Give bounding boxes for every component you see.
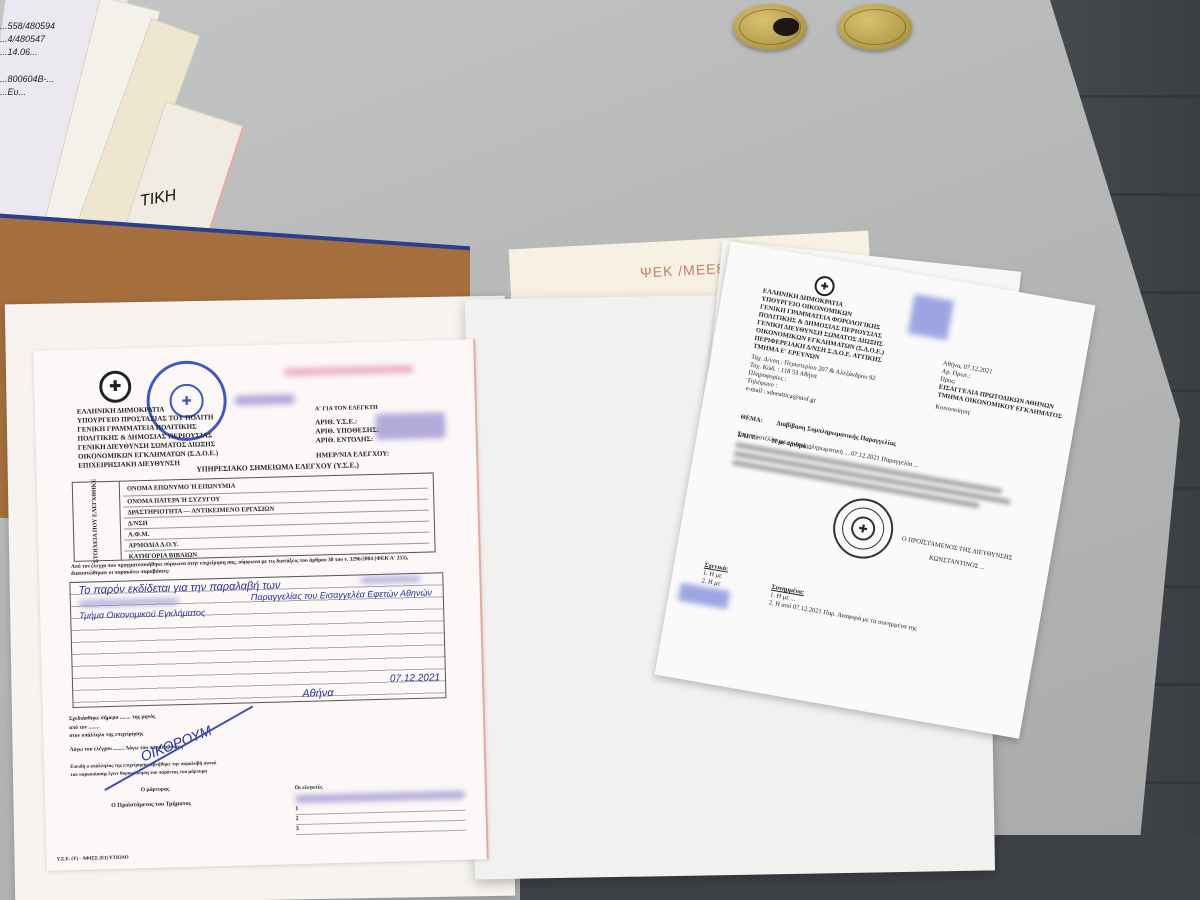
side-label-cell: ΣΤΟΙΧΕΙΑ ΠΟΥ ΕΛΕΓΧΘΗΚΕ <box>73 482 122 561</box>
redacted-mark <box>375 412 446 440</box>
letter-recipient-block: Αθήνα, 07.12.2021 Αρ. Πρωτ.: Προς: ΕΙΣΑΓ… <box>935 360 1069 433</box>
distribution-block: Σχετικά: 1. Η με 2. Η με <box>701 562 729 590</box>
letter-header: ΕΛΛΗΝΙΚΗ ΔΗΜΟΚΡΑΤΙΑ ΥΠΟΥΡΓΕΙΟ ΟΙΚΟΝΟΜΙΚΩ… <box>745 288 892 416</box>
form-title: ΥΠΗΡΕΣΙΑΚΟ ΣΗΜΕΙΩΜΑ ΕΛΕΓΧΟΥ (Υ.Σ.Ε.) <box>196 460 359 473</box>
footer-code: Υ.Σ.Ε. (Υ) - ΑΦΙΣΣ (ΕΙ) ΥΤΙΟΛΟ <box>56 854 128 865</box>
details-fields: ΟΝΟΜΑ ΕΠΩΝΥΜΟ Ή ΕΠΩΝΥΜΙΑ ΟΝΟΜΑ ΠΑΤΕΡΑ Ή … <box>123 476 430 562</box>
stack-notes: ...558/480594 ...4/480547 ...14.06... ..… <box>0 20 80 99</box>
attachments-block: Συνημμένα: 1. Η με ... 2. Η από 07.12.20… <box>768 584 920 634</box>
details-box: ΣΤΟΙΧΕΙΑ ΠΟΥ ΕΛΕΓΧΘΗΚΕ ΟΝΟΜΑ ΕΠΩΝΥΜΟ Ή Ε… <box>72 472 436 561</box>
inspection-form: ✚ ✚ ΕΛΛΗΝΙΚΗ ΔΗΜΟΚΡΑΤΙΑ ΥΠΟΥΡΓΕΙΟ ΠΡΟΣΤΑ… <box>33 339 488 870</box>
redacted-mark <box>235 394 295 406</box>
inspectors-section: Οι ελεγκτές 1 2 3 <box>295 780 466 835</box>
redacted-mark <box>284 365 414 376</box>
redacted-mark <box>908 294 954 340</box>
greek-emblem-icon: ✚ <box>99 370 132 403</box>
side-label: ΣΤΟΙΧΕΙΑ ΠΟΥ ΕΛΕΓΧΘΗΚΕ <box>90 478 101 563</box>
red-note: ΨΕΚ /ΜΕΕ8Ι <box>640 260 731 281</box>
greek-emblem-icon: ✚ <box>813 275 836 298</box>
head-of-department: Ο Προϊστάμενος του Τμήματος <box>111 795 281 813</box>
redacted-mark <box>360 576 420 584</box>
violations-box: Το παρόν εκδίδεται για την παραλαβή των … <box>69 572 446 708</box>
date: 07.12.2021 <box>390 672 440 684</box>
receipt-section: Σχεδιάσθηκε σήμερα ........ της μηνός απ… <box>69 709 282 814</box>
handwritten-line: Τμήμα Οικονομικού Εγκλήματος <box>79 607 205 620</box>
witness-label: Ο μάρτυρας <box>141 781 281 797</box>
form-header-left: ΕΛΛΗΝΙΚΗ ΔΗΜΟΚΡΑΤΙΑ ΥΠΟΥΡΓΕΙΟ ΠΡΟΣΤΑΣΙΑΣ… <box>77 404 219 471</box>
cable-grommet-open <box>733 4 807 50</box>
official-seal: ✚ <box>828 494 898 564</box>
redacted-mark <box>79 598 179 607</box>
subject-label: ΘΕΜΑ: <box>740 414 763 425</box>
ref-field: ΗΜΕΡ/ΝΙΑ ΕΛΕΓΧΟΥ: <box>316 450 389 461</box>
note-line: ...Ευ... <box>0 86 80 99</box>
place: Αθήνα <box>302 687 333 700</box>
official-letter: ✚ ΕΛΛΗΝΙΚΗ ΔΗΜΟΚΡΑΤΙΑ ΥΠΟΥΡΓΕΙΟ ΟΙΚΟΝΟΜΙ… <box>655 241 1096 739</box>
cable-grommet-closed <box>838 4 912 50</box>
note-line: ...800604Β-... <box>0 73 80 86</box>
note-line: ...558/480594 <box>0 20 80 33</box>
note-line: ...4/480547 <box>0 33 80 46</box>
header-right-title: Α' ΓΙΑ ΤΟΝ ΕΛΕΓΚΤΗ <box>315 404 388 415</box>
note-line: ...14.06... <box>0 46 80 59</box>
letter-signature: Ο ΠΡΟΪΣΤΑΜΕΝΟΣ ΤΗΣ ΔΙΕΥΘΥΝΣΗΣ ΚΩΝΣΤΑΝΤΙΝ… <box>899 535 1013 576</box>
